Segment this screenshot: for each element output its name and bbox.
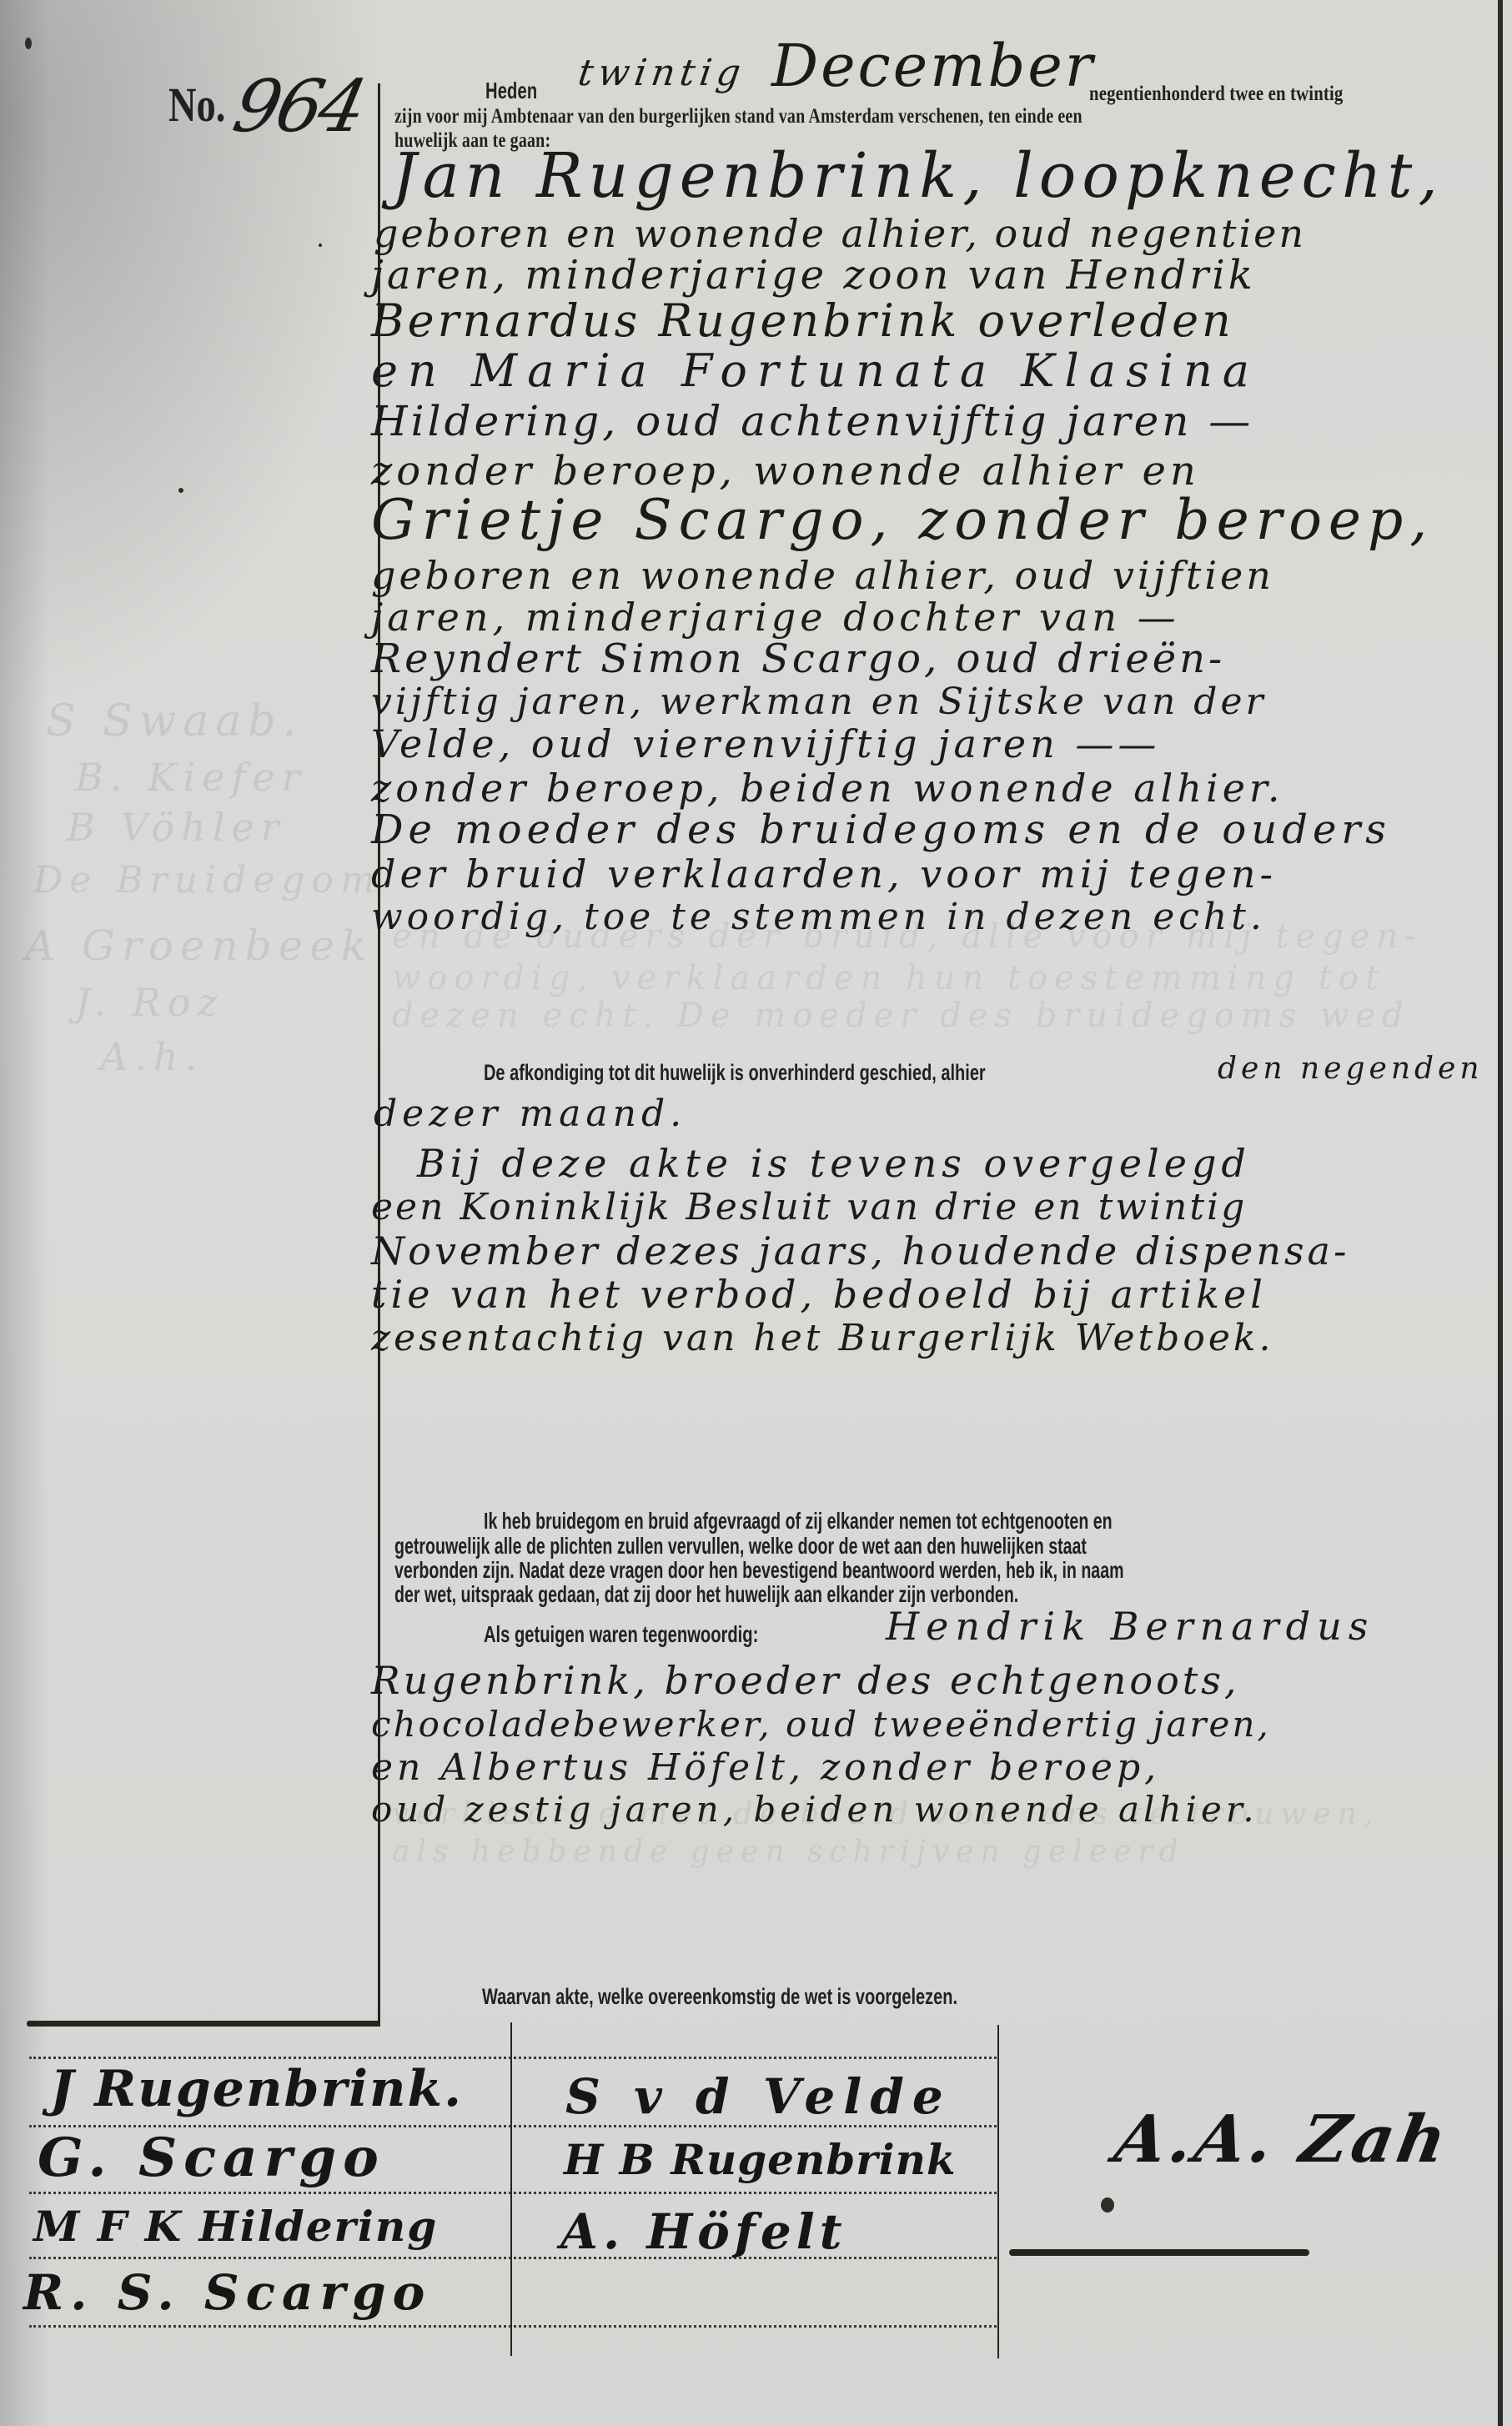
bleed-through: en de ouders der bruid, alle voor mij te…: [392, 917, 1423, 956]
printed-witnesses-label: Als getuigen waren tegenwoordig:: [484, 1623, 758, 1645]
hand-line: Rugenbrink, broeder des echtgenoots,: [371, 1655, 1239, 1705]
hand-line: chocoladebewerker, oud tweeëndertig jare…: [371, 1700, 1271, 1750]
signature-column-divider: [997, 2025, 999, 2358]
bleed-through: als hebbende geen schrijven geleerd: [392, 1835, 1185, 1869]
hand-line: Hildering, oud achtenvijftig jaren —: [371, 396, 1253, 446]
blemish: [319, 244, 322, 247]
printed-declaration-line: Ik heb bruidegom en bruid afgevraagd of …: [484, 1509, 1113, 1532]
hand-line: tie van het verbod, bedoeld bij artikel: [371, 1269, 1267, 1319]
hand-line: een Koninklijk Besluit van drie en twint…: [371, 1183, 1247, 1233]
signature-bride: G. Scargo: [38, 2127, 385, 2189]
hand-line: der bruid verklaarden, voor mij tegen-: [371, 849, 1277, 899]
page-edge-right: [1498, 0, 1503, 2426]
signature-column-divider: [510, 2022, 512, 2356]
printed-declaration-line: verbonden zijn. Nadat deze vragen door h…: [394, 1559, 1124, 1581]
registrar-ink-dot: [1101, 2197, 1114, 2213]
record-number-label: No.: [168, 77, 225, 133]
hand-line: De moeder des bruidegoms en de ouders: [371, 805, 1391, 855]
signature-line: [29, 2057, 997, 2059]
printed-heden: Heden: [485, 79, 537, 102]
hand-day: twintig: [575, 52, 748, 95]
printed-afkondiging: De afkondiging tot dit huwelijk is onver…: [484, 1062, 986, 1084]
hand-line: dezer maand.: [374, 1092, 686, 1136]
hand-month: December: [771, 33, 1095, 98]
signature-bride-mother: S v d Velde: [565, 2068, 952, 2125]
registrar-underline: [1009, 2249, 1309, 2256]
hand-line: den negenden: [1218, 1051, 1484, 1087]
hand-line: Reyndert Simon Scargo, oud drieën-: [371, 634, 1225, 684]
blemish: [178, 488, 183, 493]
printed-year: negentienhonderd twee en twintig: [1089, 83, 1343, 105]
signature-line: [29, 2325, 997, 2328]
signature-line: [29, 2257, 997, 2259]
hand-line: November dezes jaars, houdende dispensa-: [371, 1226, 1350, 1276]
hand-line: Jan Rugenbrink, loopknecht,: [392, 143, 1444, 208]
signature-witness-2: A. Höfelt: [560, 2203, 847, 2260]
hand-line: Velde, oud vierenvijftig jaren ——: [371, 719, 1160, 769]
signature-registrar: A.A. Zah: [1109, 2102, 1455, 2177]
hand-line: jaren, minderjarige zoon van Hendrik: [371, 250, 1256, 300]
hand-line: oud zestig jaren, beiden wonende alhier.: [371, 1785, 1258, 1835]
printed-closing: Waarvan akte, welke overeenkomstig de we…: [482, 1986, 957, 2008]
hand-line: Bij deze akte is tevens overgelegd: [417, 1138, 1251, 1188]
printed-declaration-line: getrouwelijk alle de plichten zullen ver…: [394, 1534, 1087, 1557]
signature-witness-1: H B Rugenbrink: [564, 2135, 957, 2184]
signature-groom: J Rugenbrink.: [50, 2060, 463, 2118]
blemish: [25, 38, 32, 49]
hand-line: en Maria Fortunata Klasina: [371, 346, 1259, 396]
hand-line: Hendrik Bernardus: [886, 1601, 1374, 1651]
signature-line: [29, 2192, 997, 2194]
record-number: 964: [226, 65, 370, 148]
bleed-through: woordig, verklaarden hun toestemming tot: [392, 959, 1385, 997]
bleed-through: dezen echt. De moeder des bruidegoms wed: [392, 997, 1410, 1035]
margin-bottom-rule: [27, 2021, 380, 2027]
signature-groom-mother: M F K Hildering: [33, 2202, 438, 2251]
hand-line: zesentachtig van het Burgerlijk Wetboek.: [371, 1313, 1274, 1364]
signature-bride-father: R. S. Scargo: [23, 2264, 431, 2321]
hand-line: Bernardus Rugenbrink overleden: [371, 296, 1234, 346]
hand-line: Grietje Scargo, zonder beroep,: [371, 488, 1434, 553]
printed-header-line2: zijn voor mij Ambtenaar van den burgerli…: [394, 105, 1083, 128]
